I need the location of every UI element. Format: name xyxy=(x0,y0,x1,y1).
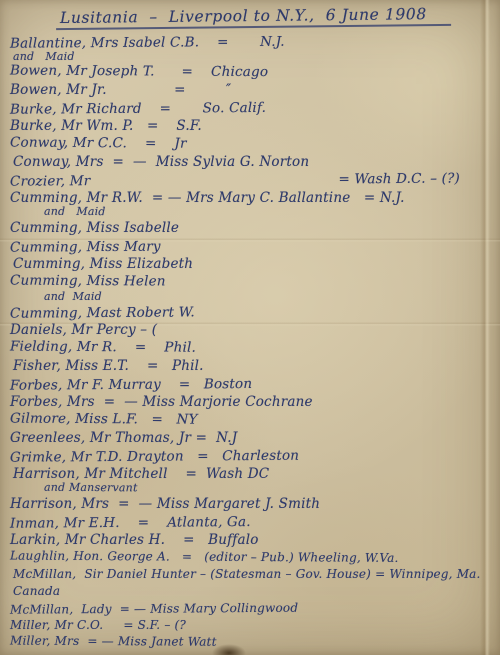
list-item: Bowen, Mr Joseph T. = Chicago xyxy=(10,62,492,83)
list-item: Laughlin, Hon. George A. = (editor – Pub… xyxy=(10,548,492,568)
list-item: Ballantine, Mrs Isabel C.B. = N.J. xyxy=(10,31,492,52)
entry-text: Cumming, Miss Helen xyxy=(10,272,166,291)
list-item: Miller, Mr C.O. = S.F. – (? xyxy=(10,617,492,634)
list-item: McMillan, Sir Daniel Hunter – (Statesman… xyxy=(10,566,492,600)
list-item: Cumming, Miss Elizabeth xyxy=(10,255,492,273)
entry-text: Bowen, Mr Jr. = ″ xyxy=(10,81,231,99)
list-item: Larkin, Mr Charles H. = Buffalo xyxy=(10,531,492,549)
entry-text: Inman, Mr E.H. = Atlanta, Ga. xyxy=(10,513,251,533)
list-item: Cumming, Miss Mary xyxy=(10,235,492,256)
list-item: Crozier, Mr = Wash D.C. – (?) xyxy=(10,169,492,190)
list-item: Forbes, Mrs = — Miss Marjorie Cochrane xyxy=(10,393,492,411)
entry-text: Cumming, Miss Isabelle xyxy=(10,219,179,237)
list-item: Forbes, Mr F. Murray = Boston xyxy=(10,373,492,394)
entry-text: McMillan, Sir Daniel Hunter – (Statesman… xyxy=(13,566,492,600)
list-item: Conway, Mrs = — Miss Sylvia G. Norton xyxy=(10,153,492,171)
entry-text: Bowen, Mr Joseph T. = Chicago xyxy=(10,62,268,82)
entry-text: Fisher, Miss E.T. = Phil. xyxy=(13,357,204,375)
list-item: McMillan, Lady = — Miss Mary Collingwood xyxy=(10,598,492,618)
page-title: Lusitania – Liverpool to N.Y., 6 June 19… xyxy=(56,5,451,30)
entry-text: and Maid xyxy=(44,206,106,218)
entry-text: McMillan, Lady = — Miss Mary Collingwood xyxy=(10,600,298,619)
passenger-list: Ballantine, Mrs Isabel C.B. = N.J. and M… xyxy=(10,33,492,651)
entry-text: Burke, Mr Wm. P. = S.F. xyxy=(10,117,202,135)
entry-text: Fielding, Mr R. = Phil. xyxy=(10,338,196,357)
entry-text: Cumming, Miss Elizabeth xyxy=(13,255,193,273)
list-item: Cumming, Miss Helen xyxy=(10,272,492,293)
list-item: Gilmore, Miss L.F. = NY xyxy=(10,410,492,431)
list-item: Daniels, Mr Percy – ( xyxy=(10,321,492,339)
entry-text: Gilmore, Miss L.F. = NY xyxy=(10,410,198,429)
list-item: Fisher, Miss E.T. = Phil. xyxy=(10,357,492,375)
entry-text: Daniels, Mr Percy – ( xyxy=(10,321,157,339)
entry-text: Forbes, Mrs = — Miss Marjorie Cochrane xyxy=(10,393,313,411)
entry-text: and Manservant xyxy=(44,482,138,495)
entry-text: Ballantine, Mrs Isabel C.B. = N.J. xyxy=(10,33,285,53)
list-item: Greenlees, Mr Thomas, Jr = N.J xyxy=(10,429,492,447)
entry-text: Larkin, Mr Charles H. = Buffalo xyxy=(10,531,259,549)
entry-text: and Maid xyxy=(44,291,102,303)
entry-text: Cumming, Miss Mary xyxy=(10,238,161,257)
entry-text: Grimke, Mr T.D. Drayton = Charleston xyxy=(10,447,299,467)
list-item: Miller, Mrs = — Miss Janet Watt xyxy=(10,633,492,653)
list-item: Inman, Mr E.H. = Atlanta, Ga. xyxy=(10,511,492,532)
entry-right-text: = Wash D.C. – (?) xyxy=(338,169,492,188)
entry-text: Burke, Mr Richard = So. Calif. xyxy=(10,99,266,119)
list-item: Fielding, Mr R. = Phil. xyxy=(10,338,492,359)
entry-text: Conway, Mrs = — Miss Sylvia G. Norton xyxy=(13,153,309,171)
document-page: Lusitania – Liverpool to N.Y., 6 June 19… xyxy=(0,0,500,655)
list-item: Bowen, Mr Jr. = ″ xyxy=(10,81,492,99)
list-item: Burke, Mr Wm. P. = S.F. xyxy=(10,117,492,135)
entry-text: Forbes, Mr F. Murray = Boston xyxy=(10,375,252,395)
entry-text: Cumming, Mast Robert W. xyxy=(10,303,195,322)
entry-text: Laughlin, Hon. George A. = (editor – Pub… xyxy=(10,548,399,567)
entry-text: Crozier, Mr xyxy=(10,172,90,191)
entry-text: Miller, Mrs = — Miss Janet Watt xyxy=(10,633,217,651)
list-item: Cumming, Mast Robert W. xyxy=(10,301,492,322)
list-item: Cumming, Miss Isabelle xyxy=(10,219,492,237)
entry-text: Greenlees, Mr Thomas, Jr = N.J xyxy=(10,429,237,447)
entry-text: Miller, Mr C.O. = S.F. – (? xyxy=(10,617,186,634)
entry-text: Harrison, Mrs = — Miss Margaret J. Smith xyxy=(10,495,320,513)
list-item: Harrison, Mrs = — Miss Margaret J. Smith xyxy=(10,495,492,513)
entry-text: Conway, Mr C.C. = Jr xyxy=(10,134,187,153)
list-item: Burke, Mr Richard = So. Calif. xyxy=(10,97,492,118)
list-item: Conway, Mr C.C. = Jr xyxy=(10,134,492,155)
list-item: Grimke, Mr T.D. Drayton = Charleston xyxy=(10,445,492,466)
